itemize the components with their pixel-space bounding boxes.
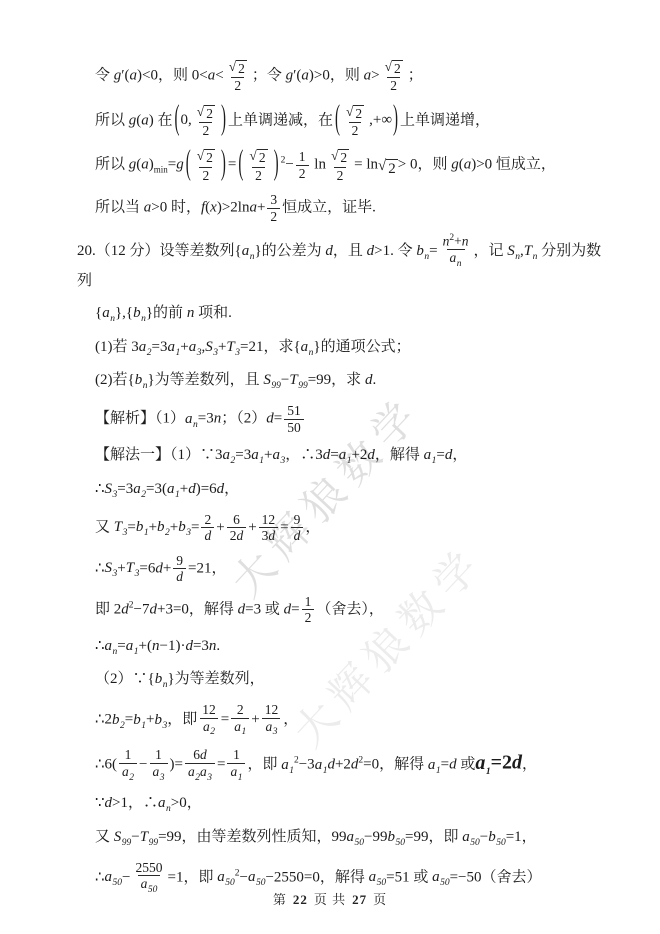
monotonicity-line: 所以 g(a) 在(0,√22)上单调递减，在(√22,+∞)上单调递增，: [95, 103, 608, 139]
document-page: 大辉狼数学 大辉狼数学 令 g′(a)<0，则 0<a<√22；令 g′(a)>…: [0, 0, 660, 934]
solution-1-step-2: ∴S3=3a2=3(a1+d)=6d，: [95, 478, 608, 503]
part-2-question: (2)若{bn}为等差数列，且 S99−T99=99，求 d.: [95, 369, 608, 394]
page-number: 22: [293, 892, 308, 907]
solution-1-step-3: 又 T3=b1+b2+b3=2d+62d+123d=9d，: [95, 512, 608, 544]
solution-2-step-4: 又 S99−T99=99，由等差数列性质知，99a50−99b50=99，即 a…: [95, 826, 608, 851]
part-1-question: (1)若 3a2=3a1+a3,S3+T3=21，求{an}的通项公式；: [95, 336, 608, 361]
problem-20-statement-cont: {an},{bn}的前 n 项和.: [95, 302, 608, 327]
answer-summary: 【解析】（1）an=3n；（2）d=5150: [95, 403, 608, 435]
solution-2-intro: （2）∵{bn}为等差数列，: [95, 668, 608, 693]
solution-1-step-4: ∴S3+T3=6d+9d=21，: [95, 553, 608, 585]
solution-1-step-5: 即 2d2−7d+3=0，解得 d=3 或 d=12（舍去），: [95, 594, 608, 626]
solution-2-step-3: ∵d>1，∴an>0，: [95, 792, 608, 817]
solution-2-step-1: ∴2b2=b1+b3，即12a2=2a1+12a3，: [95, 702, 608, 738]
solution-2-step-2: ∴6(1a2−1a3)=6da2a3=1a1，即 a12−3a1d+2d2=0，…: [95, 747, 608, 783]
total-pages: 27: [352, 892, 367, 907]
solution-1-step-6: ∴an=a1+(n−1)·d=3n.: [95, 635, 608, 660]
footer-label-mid: 页 共: [314, 892, 346, 907]
conclusion-line: 所以当 a>0 时，f(x)>2lna+32恒成立，证毕.: [95, 192, 608, 224]
footer-label-last: 页: [373, 892, 387, 907]
footer-label-first: 第: [273, 892, 287, 907]
solution-1-step-1: 【解法一】（1）∵3a2=3a1+a3，∴3d=a1+2d，解得 a1=d，: [95, 444, 608, 469]
solution-content: 令 g′(a)<0，则 0<a<√22；令 g′(a)>0，则 a>√22；所以…: [95, 58, 608, 905]
page-footer: 第22页 共27页: [0, 889, 660, 908]
minimum-value-line: 所以 g(a)min=g(√22)=(√22)2−12 ln√22= ln√2>…: [95, 147, 608, 183]
problem-20-statement: 20.（12 分）设等差数列{an}的公差为 d，且 d>1. 令 bn=n2+…: [77, 233, 608, 293]
deriv-sign-line: 令 g′(a)<0，则 0<a<√22；令 g′(a)>0，则 a>√22；: [95, 58, 608, 94]
